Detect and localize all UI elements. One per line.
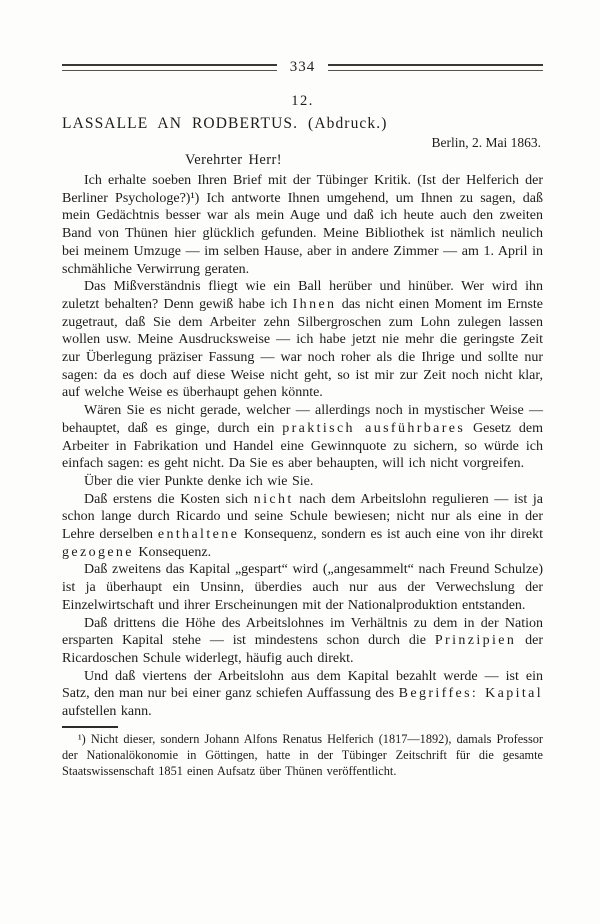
header-rule-right [328,64,543,71]
paragraph: Daß zweitens das Kapital „gespart“ wird … [62,561,543,614]
paragraph: Daß drittens die Höhe des Arbeitslohnes … [62,615,543,668]
footnote-text: ¹) Nicht dieser, sondern Johann Alfons R… [62,731,543,780]
header-rule-left [62,64,277,71]
footnote-block: ¹) Nicht dieser, sondern Johann Alfons R… [62,726,543,780]
paragraph: Ich erhalte soeben Ihren Brief mit der T… [62,172,543,278]
footnote-separator-rule [62,726,118,728]
paragraph: Wären Sie es nicht gerade, welcher — all… [62,402,543,473]
paragraph: Das Mißverständnis fliegt wie ein Ball h… [62,278,543,402]
paragraph: Daß erstens die Kosten sich nicht nach d… [62,491,543,562]
salutation: Verehrter Herr! [62,152,543,169]
book-page: 334 12. LASSALLE AN RODBERTUS. (Abdruck.… [0,0,600,924]
dateline: Berlin, 2. Mai 1863. [62,135,543,151]
page-number: 334 [277,62,329,72]
letter-number: 12. [62,93,543,110]
letter-body: Ich erhalte soeben Ihren Brief mit der T… [62,172,543,721]
letter-heading: LASSALLE AN RODBERTUS. (Abdruck.) [62,115,543,133]
paragraph: Über die vier Punkte denke ich wie Sie. [62,473,543,491]
paragraph: Und daß viertens der Arbeitslohn aus dem… [62,668,543,721]
running-head: 334 [62,62,543,72]
